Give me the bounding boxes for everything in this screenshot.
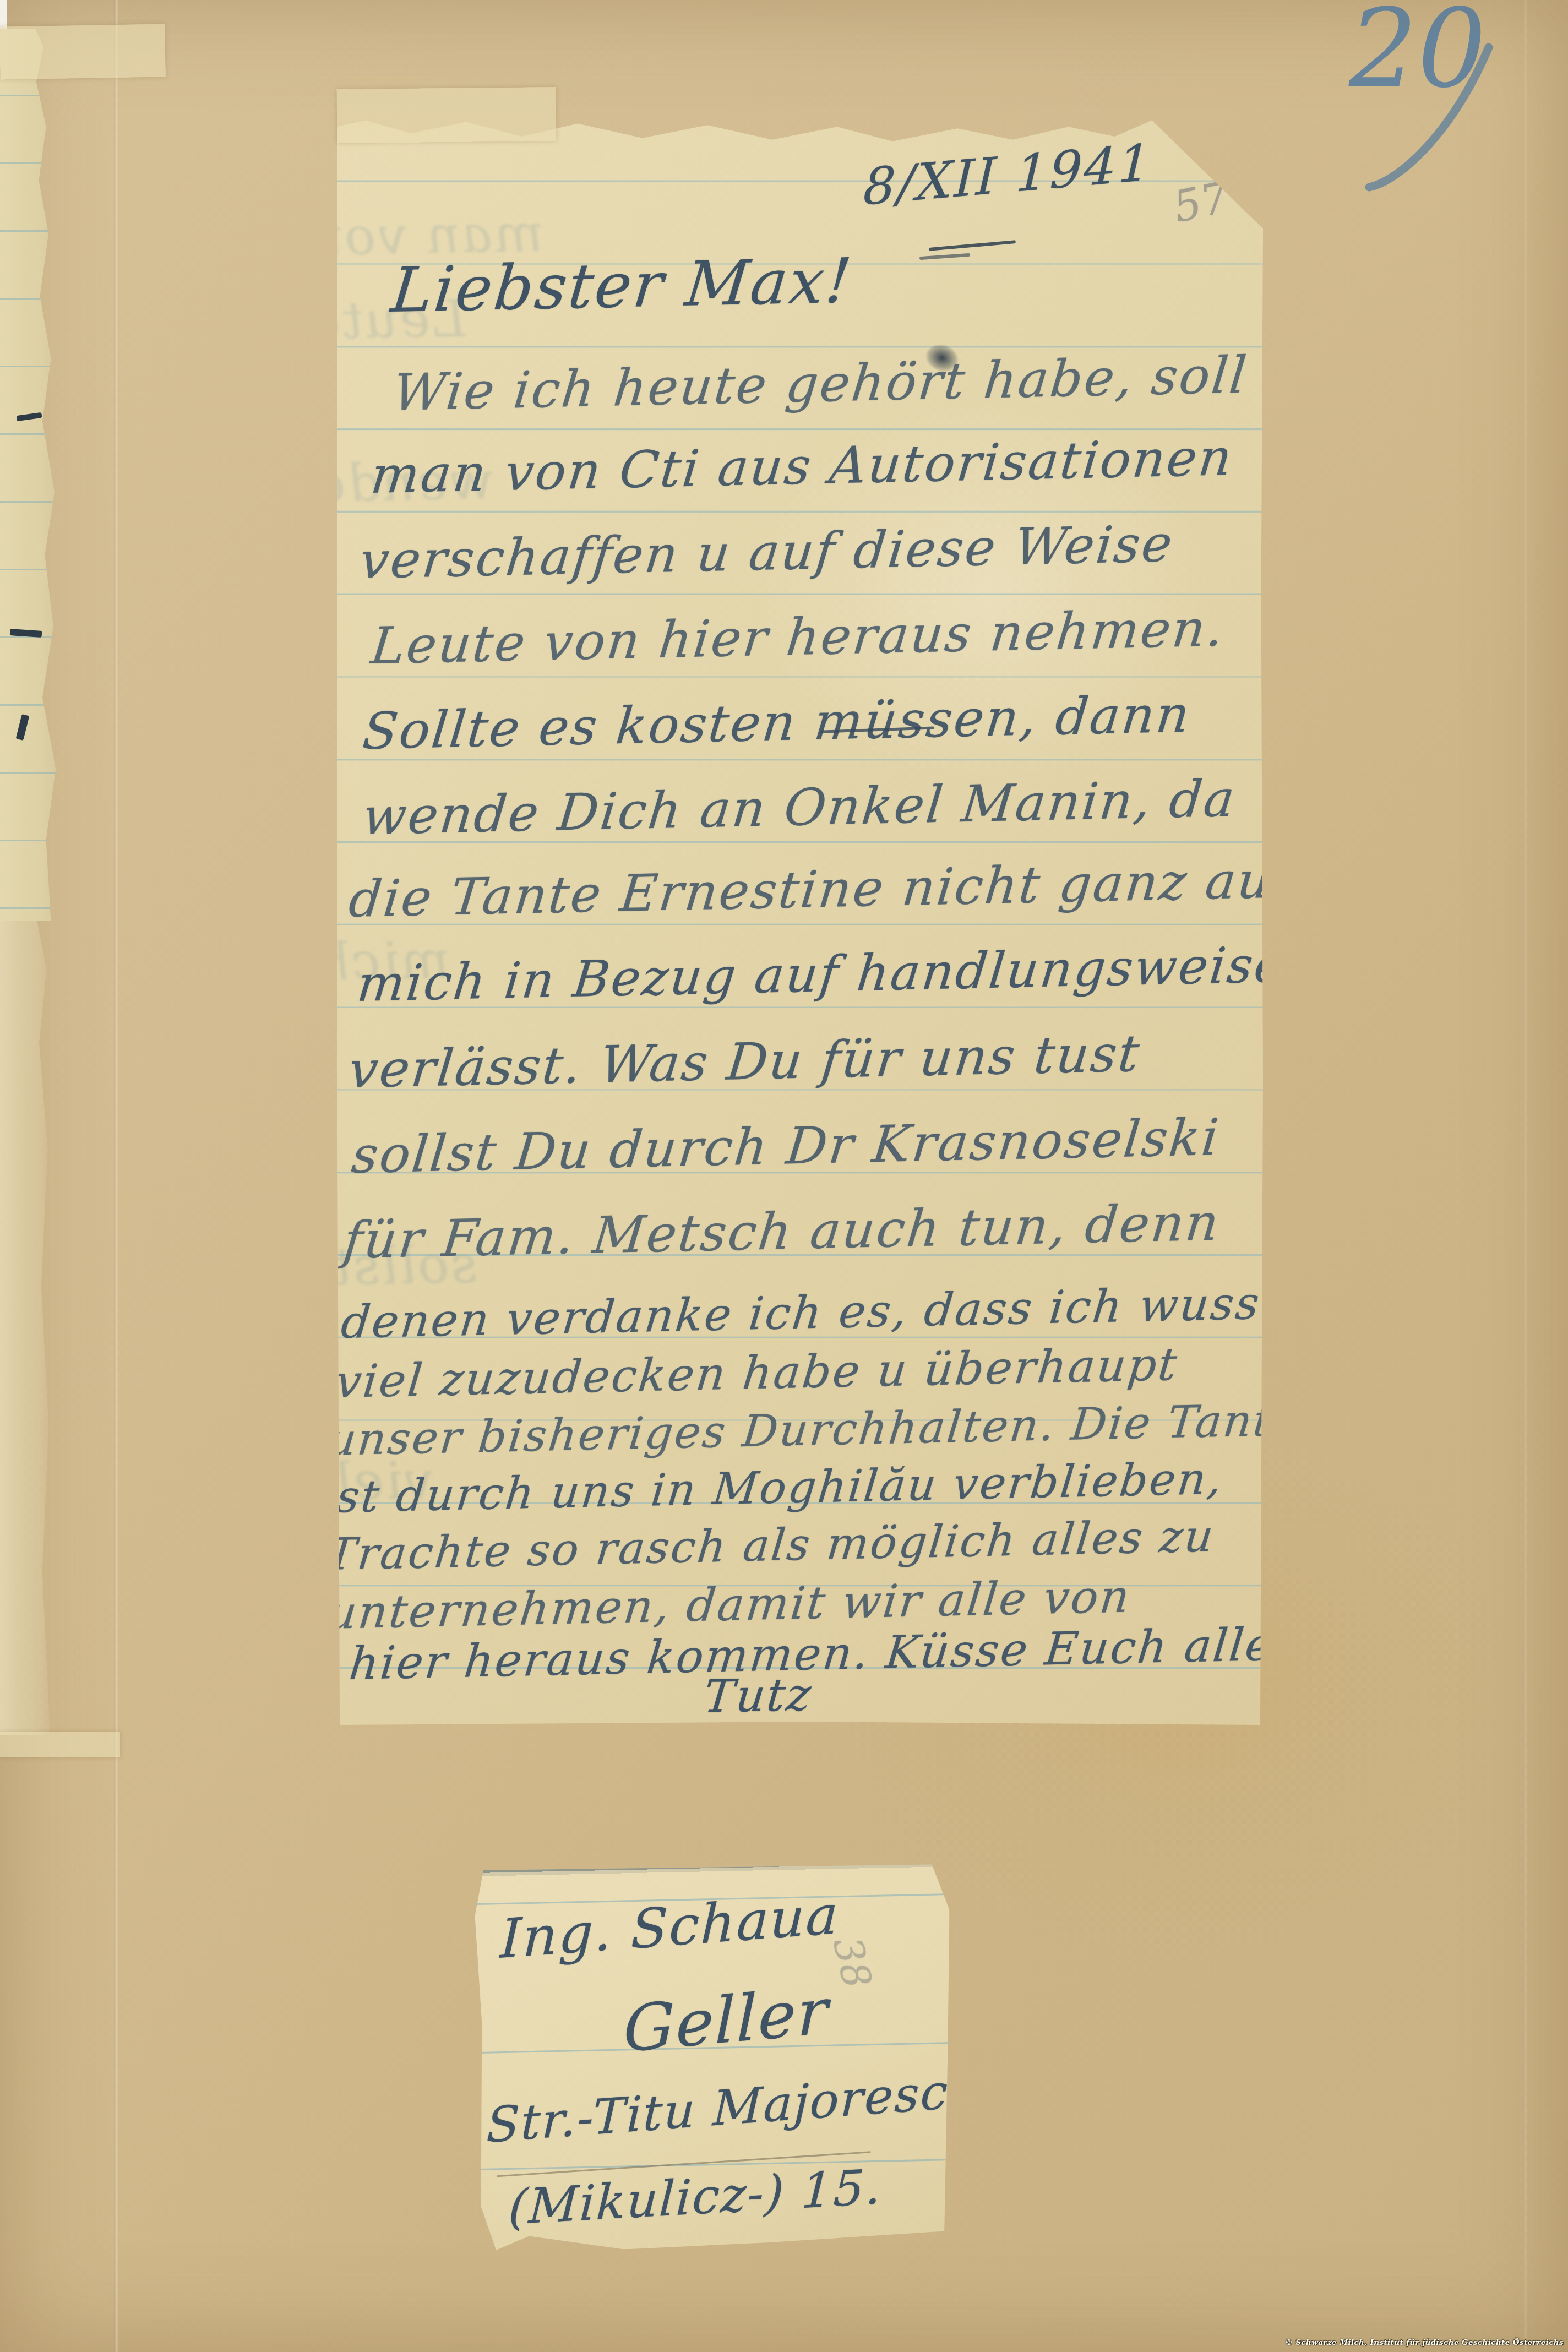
letter-line: Wie ich heute gehört habe, soll [390,346,1250,422]
scanned-letter-page: man von Cti aus AutorisationenLeute von … [0,0,1568,2352]
letter-date: 8/XII 1941 [862,133,1153,217]
letter-page: man von Cti aus AutorisationenLeute von … [337,107,1263,1725]
letter-line: viel zuzudecken habe u überhaupt [333,1338,1180,1408]
ink-mark [10,629,42,638]
page-number-mark: 20 [1317,0,1568,208]
letter-salutation: Liebster Max! [388,246,856,326]
letter-line: Trachte so rasch als möglich alles zu [324,1510,1218,1580]
date-underline [929,240,1016,251]
slip-line: Str.-Titu Majorescu [486,2061,982,2154]
letter-line: mich in Bezug auf handlungsweise [355,936,1288,1013]
slip-line: Geller [623,1974,830,2067]
slip-line: (Mikulicz-) 15. [508,2158,884,2236]
letter-line: verschaffen u auf diese Weise [357,514,1177,590]
letter-line: für Fam. Metsch auch tun, denn [341,1193,1223,1270]
slip-line: Ing. Schaua [499,1883,840,1971]
letter-line: Leute von hier heraus nehmen. [368,599,1228,676]
pencil-number-slip: 38 [824,1933,881,1992]
fold-crease [114,0,119,2352]
tape-piece-letter [336,87,556,143]
letter-line: man von Cti aus Autorisationen [368,428,1236,505]
letter-line: ist durch uns in Moghilău verblieben, [319,1453,1226,1523]
ink-mark [16,714,30,741]
tape-piece-top-left [0,24,166,79]
letter-line: Sollte es kosten müssen, dann [360,685,1194,761]
letter-line: denen verdanke ich es, dass ich wusst [339,1277,1283,1349]
date-underline-2 [919,253,970,260]
letter-line: wende Dich an Onkel Manin, da [360,769,1239,846]
tape-piece-left [0,1732,120,1757]
letter-line: die Tante Ernestine nicht ganz auf [346,850,1295,929]
letter-line: sollst Du durch Dr Krasnoselski [349,1108,1223,1185]
address-slip: Ing. Schaua Geller Str.-Titu Majorescu (… [474,1860,956,2252]
ink-mark [17,412,42,421]
letter-signature: Tutz [701,1669,815,1723]
archive-watermark: © Schwarze Milch, Institut für jüdische … [1285,2338,1564,2347]
letter-line: verlässt. Was Du für uns tust [346,1024,1144,1099]
fold-crease-right [1523,0,1528,2352]
